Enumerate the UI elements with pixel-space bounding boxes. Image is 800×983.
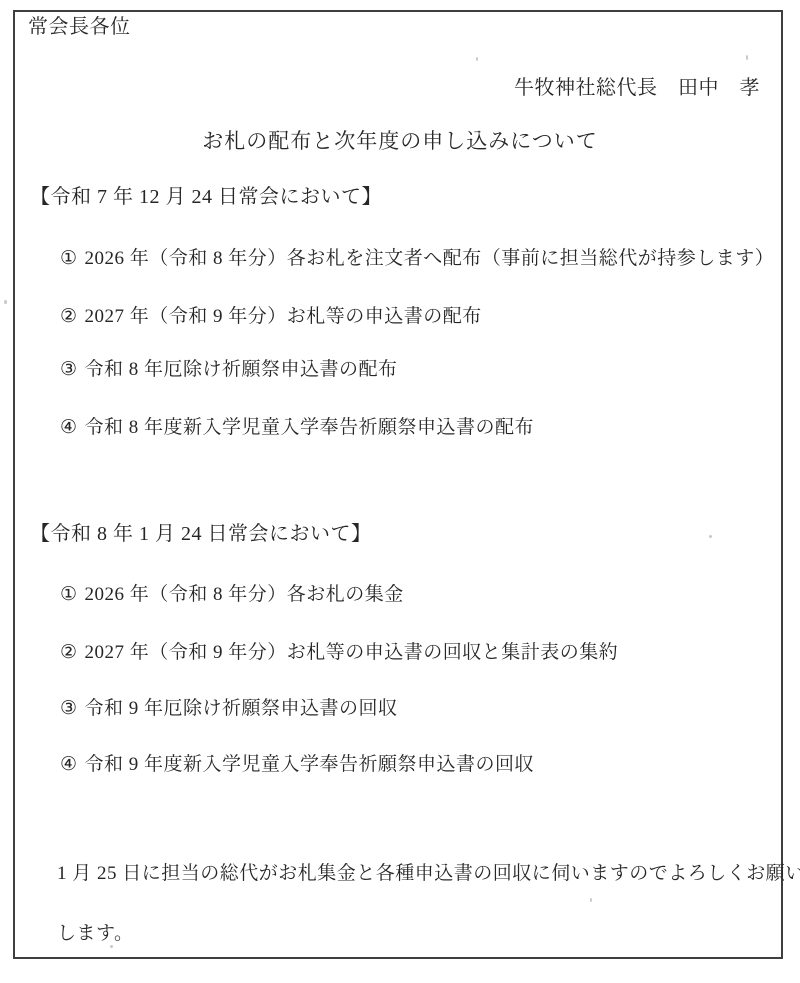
item-number: ① — [60, 584, 78, 605]
item-number: ③ — [60, 698, 78, 719]
closing-paragraph-line-2: します。 — [57, 922, 133, 946]
item-number: ② — [60, 306, 78, 327]
item-text: 令和 9 年度新入学児童入学奉告祈願祭申込書の回収 — [85, 754, 535, 775]
document-title: お札の配布と次年度の申し込みについて — [0, 128, 800, 154]
scan-speck — [590, 898, 592, 902]
item-number: ① — [60, 248, 78, 269]
scan-speck — [746, 55, 748, 60]
item-number: ④ — [60, 754, 78, 775]
section-2-item-1: ①2026 年（令和 8 年分）各お札の集金 — [60, 583, 404, 607]
item-number: ② — [60, 642, 78, 663]
item-number: ③ — [60, 359, 78, 380]
scanned-notice-page: 常会長各位 牛牧神社総代長 田中 孝 お札の配布と次年度の申し込みについて 【令… — [0, 0, 800, 983]
item-text: 令和 9 年厄除け祈願祭申込書の回収 — [85, 698, 398, 719]
sender-line: 牛牧神社総代長 田中 孝 — [514, 76, 760, 101]
section-2-item-4: ④令和 9 年度新入学児童入学奉告祈願祭申込書の回収 — [60, 753, 534, 777]
section-2-item-2: ②2027 年（令和 9 年分）お札等の申込書の回収と集計表の集約 — [60, 641, 618, 665]
scan-speck — [709, 535, 712, 538]
section-2-heading: 【令和 8 年 1 月 24 日常会において】 — [30, 522, 372, 547]
section-1-item-1: ①2026 年（令和 8 年分）各お札を注文者へ配布（事前に担当総代が持参します… — [60, 247, 774, 271]
item-text: 2026 年（令和 8 年分）各お札を注文者へ配布（事前に担当総代が持参します） — [85, 248, 775, 269]
section-1-item-2: ②2027 年（令和 9 年分）お札等の申込書の配布 — [60, 305, 482, 329]
section-1-item-4: ④令和 8 年度新入学児童入学奉告祈願祭申込書の配布 — [60, 416, 534, 440]
item-text: 令和 8 年度新入学児童入学奉告祈願祭申込書の配布 — [85, 417, 535, 438]
closing-paragraph-line-1: 1 月 25 日に担当の総代がお札集金と各種申込書の回収に伺いますのでよろしくお… — [57, 862, 800, 886]
recipient-line: 常会長各位 — [28, 15, 131, 40]
section-2-item-3: ③令和 9 年厄除け祈願祭申込書の回収 — [60, 697, 398, 721]
scan-speck — [476, 57, 478, 61]
item-text: 2027 年（令和 9 年分）お札等の申込書の配布 — [85, 306, 482, 327]
section-1-heading: 【令和 7 年 12 月 24 日常会において】 — [30, 185, 382, 210]
item-number: ④ — [60, 417, 78, 438]
scan-speck — [4, 300, 7, 304]
item-text: 令和 8 年厄除け祈願祭申込書の配布 — [85, 359, 398, 380]
item-text: 2026 年（令和 8 年分）各お札の集金 — [85, 584, 404, 605]
section-1-item-3: ③令和 8 年厄除け祈願祭申込書の配布 — [60, 358, 398, 382]
item-text: 2027 年（令和 9 年分）お札等の申込書の回収と集計表の集約 — [85, 642, 619, 663]
